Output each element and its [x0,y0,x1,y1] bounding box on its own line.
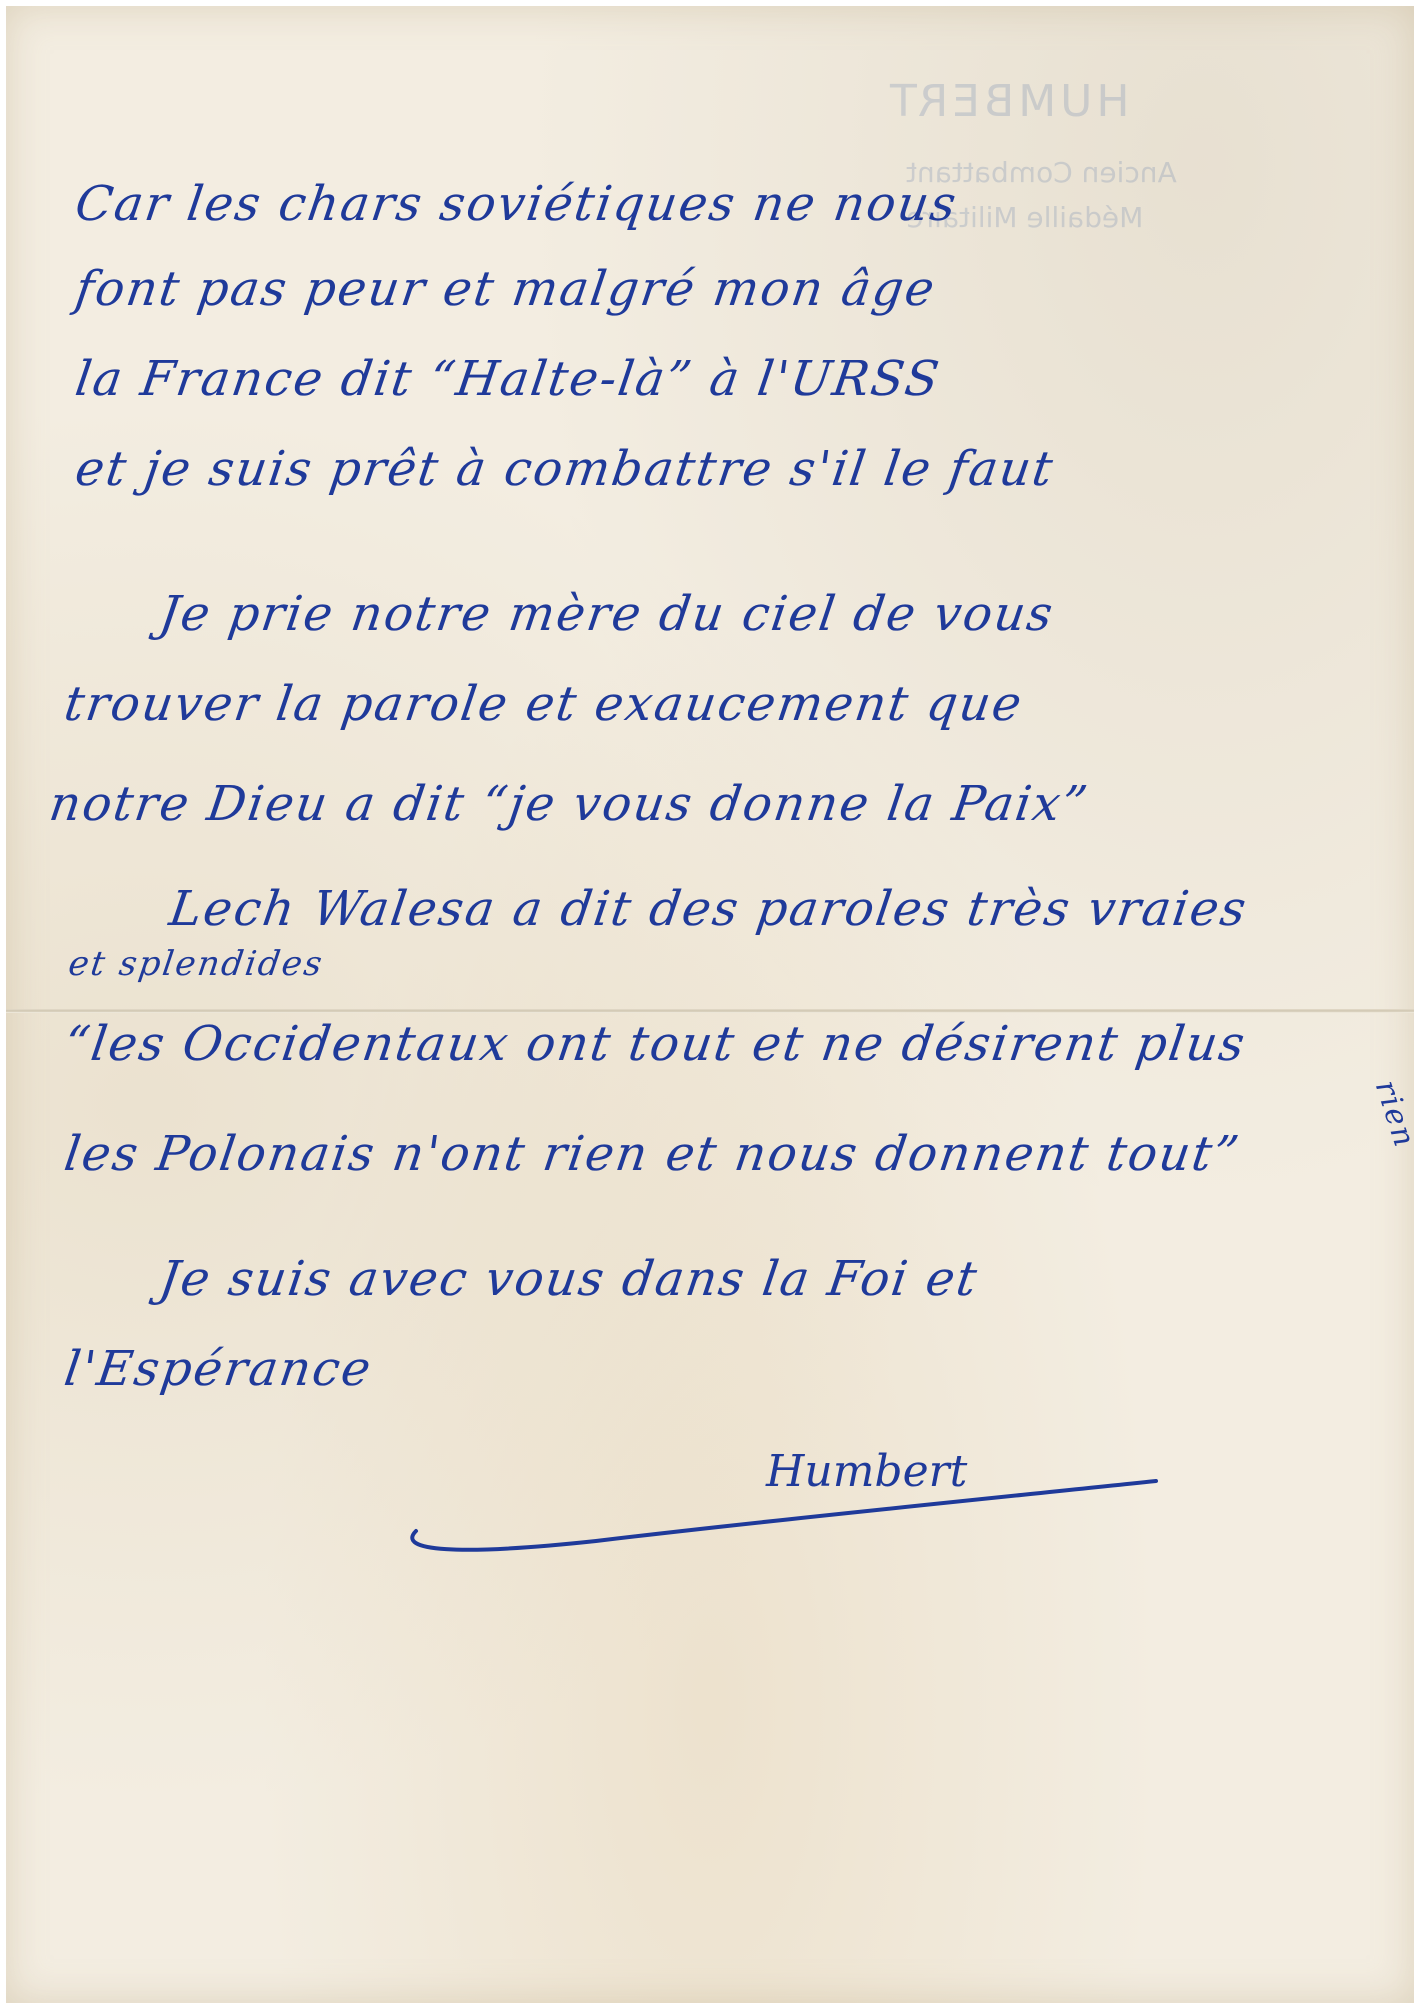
letter-line: l'Espérance [61,1341,376,1397]
paper-fold [6,1009,1414,1013]
letter-line: et je suis prêt à combattre s'il le faut [72,441,1058,497]
signature-underline-flourish [396,1461,1196,1561]
letter-line: “les Occidentaux ont tout et ne désirent… [61,1016,1250,1072]
letter-line: notre Dieu a dit “je vous donne la Paix” [46,776,1092,832]
margin-note: rien [1368,1076,1420,1152]
bleed-through-header-name: HUMBERT [886,76,1130,127]
letter-line: Je suis avec vous dans la Foi et [156,1251,982,1307]
letter-page: HUMBERT Ancien Combattant Médaille Milit… [6,6,1414,2003]
letter-line: Lech Walesa a dit des paroles très vraie… [166,881,1251,937]
letter-line: Je prie notre mère du ciel de vous [156,586,1058,642]
letter-line: et splendides [66,944,326,984]
letter-line: font pas peur et malgré mon âge [72,261,940,317]
letter-line: la France dit “Halte-là” à l'URSS [72,351,944,407]
letter-line: les Polonais n'ont rien et nous donnent … [61,1126,1244,1182]
letter-line: Car les chars soviétiques ne nous [72,176,961,232]
letter-line: trouver la parole et exaucement que [61,676,1027,732]
